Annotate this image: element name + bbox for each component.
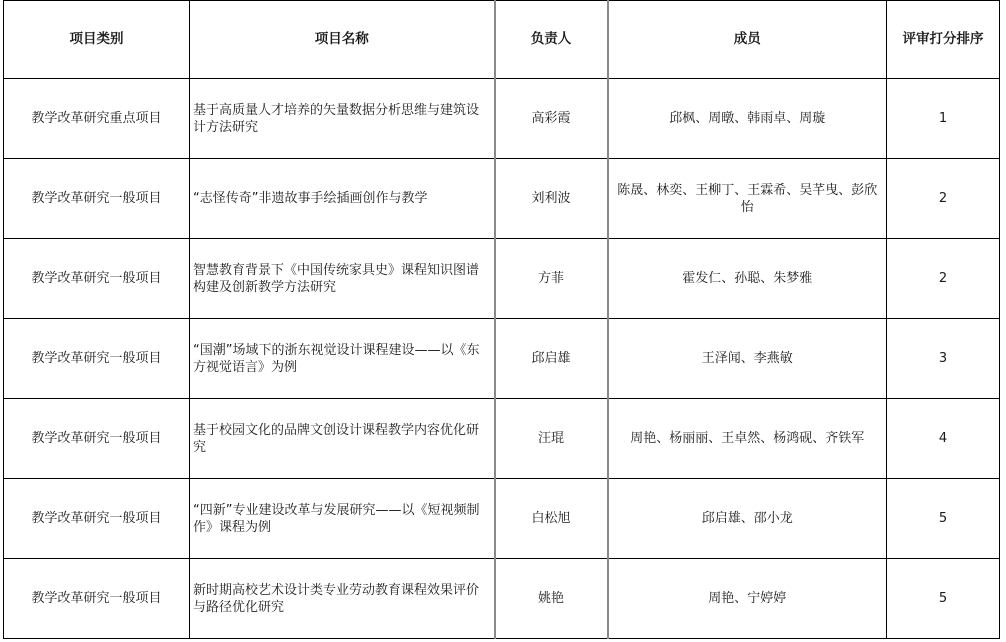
cell-members: 邱启雄、邵小龙 xyxy=(608,479,887,559)
table-row: 教学改革研究一般项目 “志怪传奇”非遗故事手绘插画创作与教学 刘利波 陈晟、林奕… xyxy=(4,159,1000,239)
header-rank: 评审打分排序 xyxy=(887,1,1000,79)
cell-members: 陈晟、林奕、王柳丁、王霖希、吴芊曳、彭欣怡 xyxy=(608,159,887,239)
cell-project-name: “国潮”场域下的浙东视觉设计课程建设——以《东方视觉语言》为例 xyxy=(190,319,495,399)
cell-leader: 汪琨 xyxy=(495,399,608,479)
cell-category: 教学改革研究一般项目 xyxy=(4,479,190,559)
cell-members: 王泽闻、李燕敏 xyxy=(608,319,887,399)
header-project-name: 项目名称 xyxy=(190,1,495,79)
cell-category: 教学改革研究一般项目 xyxy=(4,239,190,319)
table-row: 教学改革研究一般项目 “四新”专业建设改革与发展研究——以《短视频制作》课程为例… xyxy=(4,479,1000,559)
cell-category: 教学改革研究重点项目 xyxy=(4,79,190,159)
cell-rank: 3 xyxy=(887,319,1000,399)
table-row: 教学改革研究一般项目 智慧教育背景下《中国传统家具史》课程知识图谱构建及创新教学… xyxy=(4,239,1000,319)
table-row: 教学改革研究一般项目 新时期高校艺术设计类专业劳动教育课程效果评价与路径优化研究… xyxy=(4,559,1000,639)
header-leader: 负责人 xyxy=(495,1,608,79)
cell-leader: 白松旭 xyxy=(495,479,608,559)
cell-category: 教学改革研究一般项目 xyxy=(4,399,190,479)
cell-rank: 1 xyxy=(887,79,1000,159)
cell-project-name: 智慧教育背景下《中国传统家具史》课程知识图谱构建及创新教学方法研究 xyxy=(190,239,495,319)
header-row: 项目类别 项目名称 负责人 成员 评审打分排序 xyxy=(4,1,1000,79)
cell-category: 教学改革研究一般项目 xyxy=(4,159,190,239)
cell-rank: 5 xyxy=(887,479,1000,559)
cell-category: 教学改革研究一般项目 xyxy=(4,319,190,399)
cell-project-name: 新时期高校艺术设计类专业劳动教育课程效果评价与路径优化研究 xyxy=(190,559,495,639)
cell-leader: 方菲 xyxy=(495,239,608,319)
cell-leader: 邱启雄 xyxy=(495,319,608,399)
project-review-table: 项目类别 项目名称 负责人 成员 评审打分排序 教学改革研究重点项目 基于高质量… xyxy=(3,0,1000,639)
header-members: 成员 xyxy=(608,1,887,79)
cell-project-name: 基于校园文化的品牌文创设计课程教学内容优化研究 xyxy=(190,399,495,479)
cell-rank: 4 xyxy=(887,399,1000,479)
table-row: 教学改革研究一般项目 “国潮”场域下的浙东视觉设计课程建设——以《东方视觉语言》… xyxy=(4,319,1000,399)
cell-leader: 姚艳 xyxy=(495,559,608,639)
cell-category: 教学改革研究一般项目 xyxy=(4,559,190,639)
cell-project-name: “志怪传奇”非遗故事手绘插画创作与教学 xyxy=(190,159,495,239)
header-category: 项目类别 xyxy=(4,1,190,79)
cell-rank: 2 xyxy=(887,159,1000,239)
cell-members: 霍发仁、孙聪、朱梦雅 xyxy=(608,239,887,319)
cell-project-name: 基于高质量人才培养的矢量数据分析思维与建筑设计方法研究 xyxy=(190,79,495,159)
cell-rank: 2 xyxy=(887,239,1000,319)
cell-rank: 5 xyxy=(887,559,1000,639)
table-row: 教学改革研究重点项目 基于高质量人才培养的矢量数据分析思维与建筑设计方法研究 高… xyxy=(4,79,1000,159)
cell-members: 周艳、杨丽丽、王卓然、杨鸿砚、齐铁军 xyxy=(608,399,887,479)
table-row: 教学改革研究一般项目 基于校园文化的品牌文创设计课程教学内容优化研究 汪琨 周艳… xyxy=(4,399,1000,479)
cell-members: 邱枫、周暾、韩雨卓、周璇 xyxy=(608,79,887,159)
cell-project-name: “四新”专业建设改革与发展研究——以《短视频制作》课程为例 xyxy=(190,479,495,559)
cell-leader: 刘利波 xyxy=(495,159,608,239)
cell-leader: 高彩霞 xyxy=(495,79,608,159)
cell-members: 周艳、宁婷婷 xyxy=(608,559,887,639)
